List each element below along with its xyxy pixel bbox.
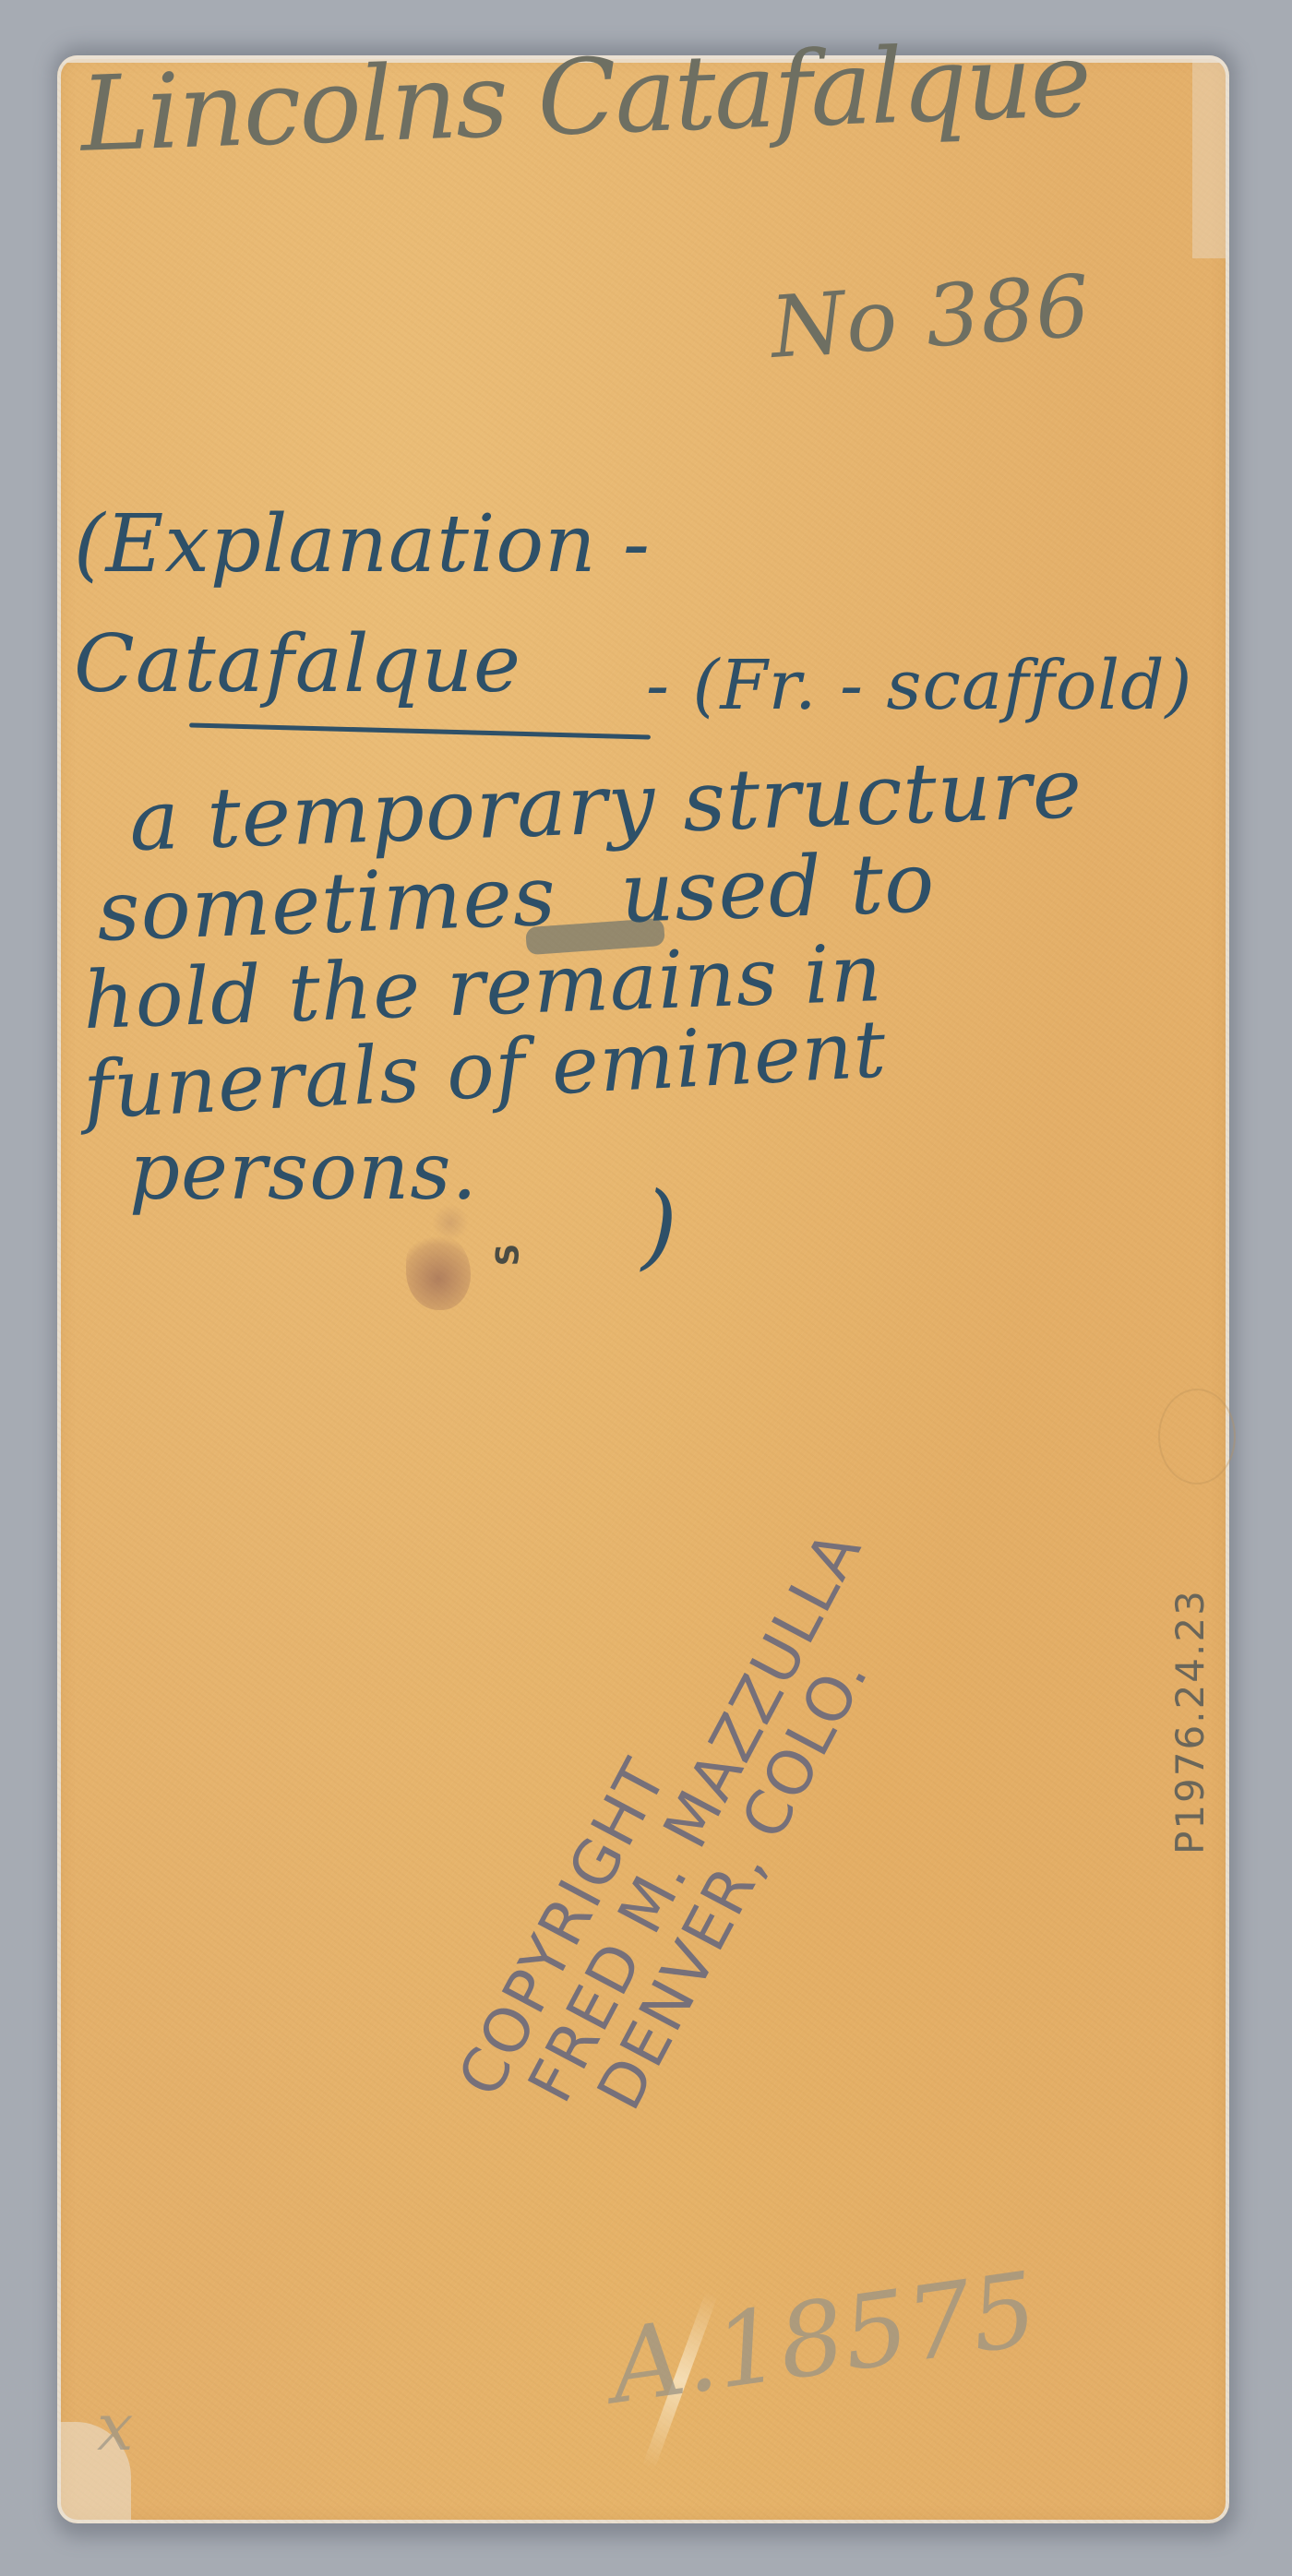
stamped-s-mark: S: [489, 1244, 526, 1267]
explanation-french-note: - (Fr. - scaffold): [646, 646, 1192, 725]
closing-parenthesis: ): [641, 1172, 678, 1280]
explanation-line-1: (Explanation -: [74, 498, 651, 590]
explanation-used-to: used to: [618, 834, 936, 942]
explanation-line-7: persons.: [129, 1126, 478, 1218]
photo-card-verso: [57, 55, 1229, 2523]
pencil-x-mark: x: [97, 2390, 133, 2465]
top-right-edge-wear: [1192, 55, 1229, 258]
explanation-word-catafalque: Catafalque: [74, 618, 521, 710]
accession-number: P1976.24.23: [1167, 1589, 1213, 1854]
faint-circle-mark: [1158, 1389, 1236, 1485]
